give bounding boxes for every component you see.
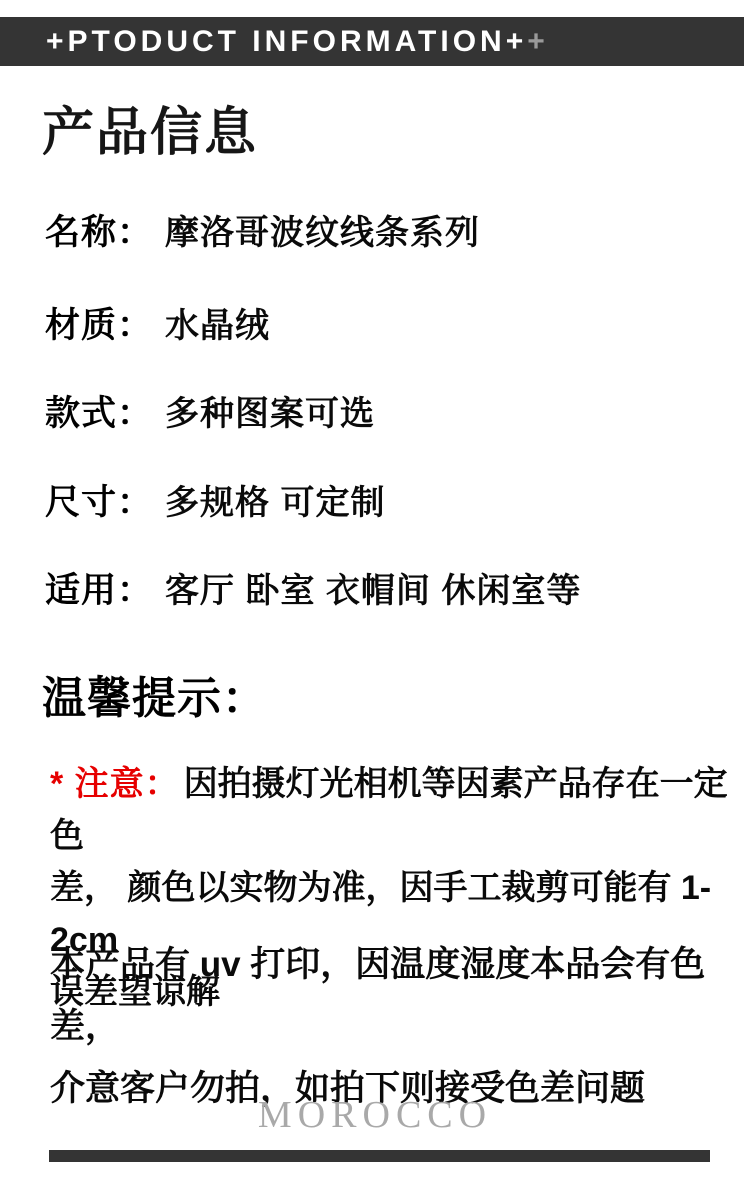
spec-label-name: 名称：: [45, 214, 153, 252]
spec-value-size: 多规格 可定制: [165, 484, 385, 522]
notice-label: * 注意：: [50, 765, 180, 803]
spec-value-material: 水晶绒: [165, 307, 270, 345]
spec-row-style: 款式： 多种图案可选: [45, 395, 375, 433]
banner-text: +PTODUCT INFORMATION+: [46, 25, 527, 59]
spec-value-name: 摩洛哥波纹线条系列: [165, 214, 480, 252]
uv-note-line-1: 本产品有 uv 打印，因温度湿度本品会有色差，: [50, 934, 745, 1058]
footer-divider-bar: [49, 1150, 710, 1162]
uv-note-paragraph: 本产品有 uv 打印，因温度湿度本品会有色差， 介意客户勿拍，如拍下则接受色差问…: [50, 934, 745, 1120]
spec-label-material: 材质：: [45, 307, 153, 345]
banner-suffix: +: [527, 25, 545, 59]
spec-label-usage: 适用：: [45, 572, 153, 610]
spec-row-usage: 适用： 客厅 卧室 衣帽间 休闲室等: [45, 572, 581, 610]
brand-wordmark: MOROCCO: [0, 1094, 750, 1136]
spec-row-material: 材质： 水晶绒: [45, 307, 270, 345]
notice-line-1: * 注意：因拍摄灯光相机等因素产品存在一定色: [50, 758, 734, 862]
spec-value-usage: 客厅 卧室 衣帽间 休闲室等: [165, 572, 581, 610]
spec-value-style: 多种图案可选: [165, 395, 375, 433]
product-information-banner: +PTODUCT INFORMATION++: [0, 17, 744, 66]
tips-heading: 温馨提示：: [42, 674, 267, 724]
spec-label-size: 尺寸：: [45, 484, 153, 522]
spec-row-name: 名称： 摩洛哥波纹线条系列: [45, 214, 480, 252]
page-title: 产品信息: [42, 106, 258, 160]
spec-label-style: 款式：: [45, 395, 153, 433]
spec-row-size: 尺寸： 多规格 可定制: [45, 484, 385, 522]
